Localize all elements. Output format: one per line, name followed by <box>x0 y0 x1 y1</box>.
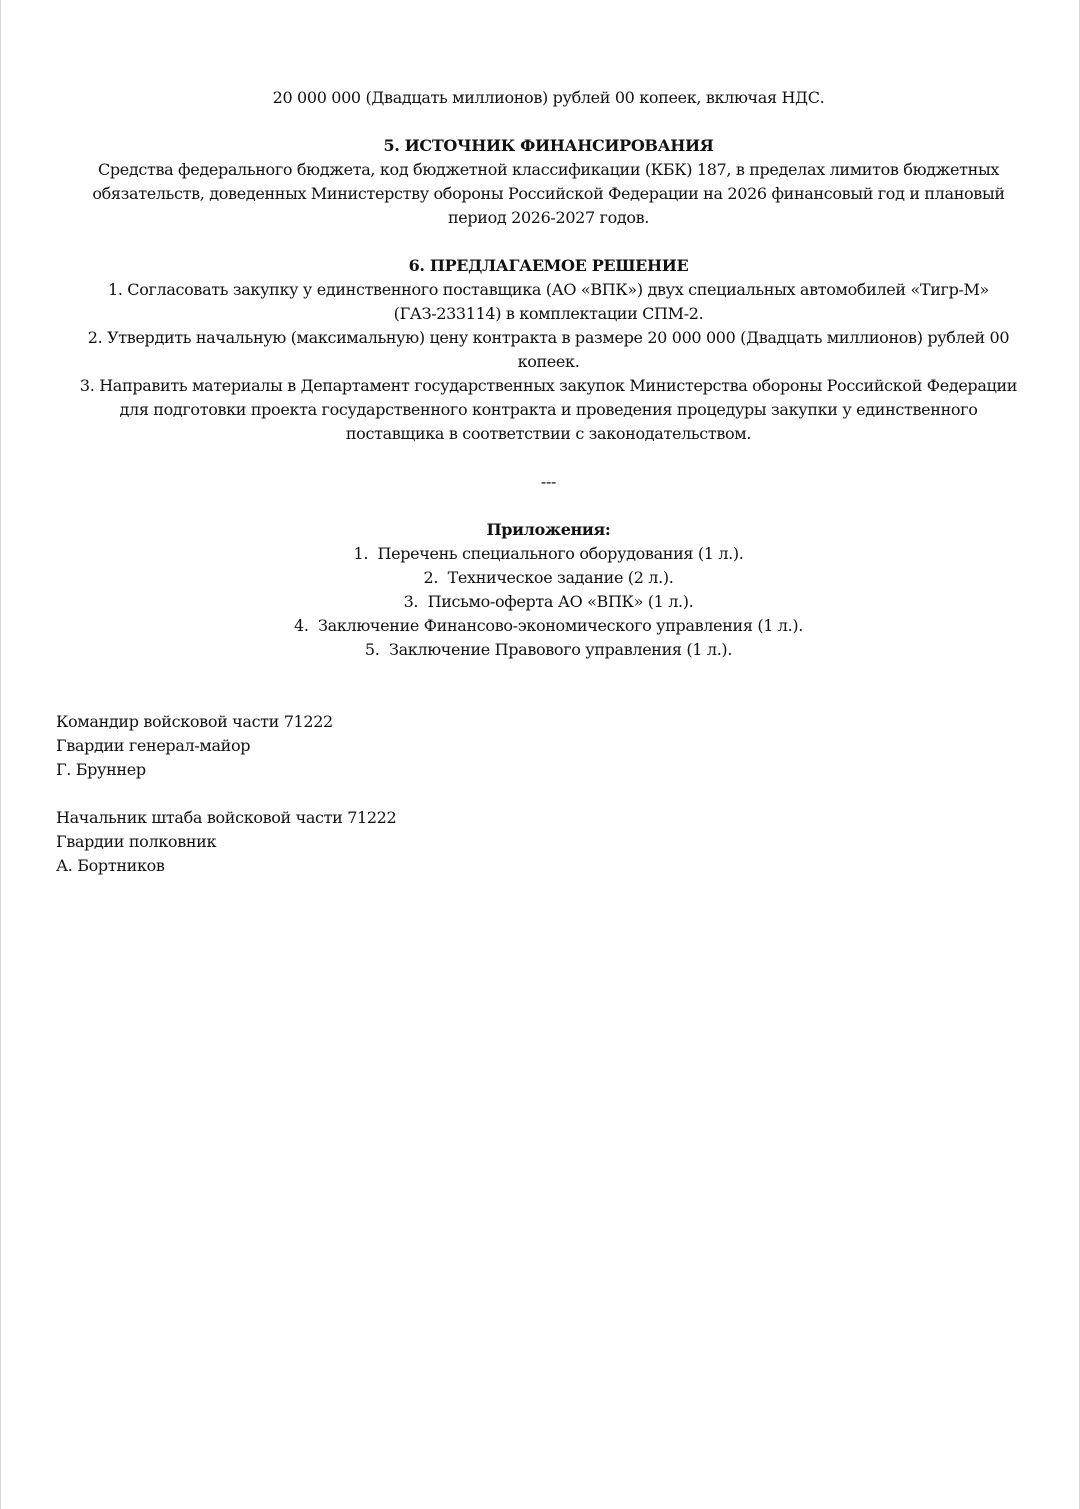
attachment-item: 3. Письмо-оферта АО «ВПК» (1 л.). <box>56 590 1041 614</box>
spacer <box>56 110 1041 134</box>
signatory-rank: Гвардии генерал-майор <box>56 734 1041 758</box>
signatory-name: Г. Бруннер <box>56 758 1041 782</box>
text-line: копеек. <box>56 350 1041 374</box>
spacer <box>56 494 1041 518</box>
signatory-name: А. Бортников <box>56 854 1041 878</box>
attachments-section: Приложения: 1. Перечень специального обо… <box>56 518 1041 662</box>
spacer <box>56 662 1041 686</box>
signatory-rank: Гвардии полковник <box>56 830 1041 854</box>
attachment-item: 5. Заключение Правового управления (1 л.… <box>56 638 1041 662</box>
signatures-section: Командир войсковой части 71222 Гвардии г… <box>56 710 1041 878</box>
attachment-item: 2. Техническое задание (2 л.). <box>56 566 1041 590</box>
text-line: для подготовки проекта государственного … <box>56 398 1041 422</box>
section-funding-source: 5. ИСТОЧНИК ФИНАНСИРОВАНИЯ Средства феде… <box>56 134 1041 230</box>
text-line: поставщика в соответствии с законодатель… <box>56 422 1041 446</box>
text-line: 3. Направить материалы в Департамент гос… <box>56 374 1041 398</box>
signature-commander: Командир войсковой части 71222 Гвардии г… <box>56 710 1041 782</box>
separator: --- <box>56 470 1041 494</box>
text-line: обязательств, доведенных Министерству об… <box>56 182 1041 206</box>
section-text: 1. Согласовать закупку у единственного п… <box>56 278 1041 446</box>
section-heading: 5. ИСТОЧНИК ФИНАНСИРОВАНИЯ <box>56 134 1041 158</box>
attachments-heading: Приложения: <box>56 518 1041 542</box>
spacer <box>56 446 1041 470</box>
spacer <box>56 230 1041 254</box>
signatory-position: Начальник штаба войсковой части 71222 <box>56 806 1041 830</box>
document-body: 20 000 000 (Двадцать миллионов) рублей 0… <box>56 86 1041 878</box>
attachment-item: 1. Перечень специального оборудования (1… <box>56 542 1041 566</box>
spacer <box>56 686 1041 710</box>
spacer <box>56 782 1041 806</box>
signature-chief-of-staff: Начальник штаба войсковой части 71222 Гв… <box>56 806 1041 878</box>
text-line: 1. Согласовать закупку у единственного п… <box>56 278 1041 302</box>
section-text: Средства федерального бюджета, код бюдже… <box>56 158 1041 230</box>
text-line: 2. Утвердить начальную (максимальную) це… <box>56 326 1041 350</box>
section-heading: 6. ПРЕДЛАГАЕМОЕ РЕШЕНИЕ <box>56 254 1041 278</box>
signatory-position: Командир войсковой части 71222 <box>56 710 1041 734</box>
price-line: 20 000 000 (Двадцать миллионов) рублей 0… <box>56 86 1041 110</box>
text-line: (ГАЗ-233114) в комплектации СПМ-2. <box>56 302 1041 326</box>
text-line: Средства федерального бюджета, код бюдже… <box>56 158 1041 182</box>
text-line: период 2026-2027 годов. <box>56 206 1041 230</box>
attachment-item: 4. Заключение Финансово-экономического у… <box>56 614 1041 638</box>
section-proposed-decision: 6. ПРЕДЛАГАЕМОЕ РЕШЕНИЕ 1. Согласовать з… <box>56 254 1041 446</box>
document-page: 20 000 000 (Двадцать миллионов) рублей 0… <box>0 0 1080 1509</box>
price-statement: 20 000 000 (Двадцать миллионов) рублей 0… <box>56 86 1041 110</box>
